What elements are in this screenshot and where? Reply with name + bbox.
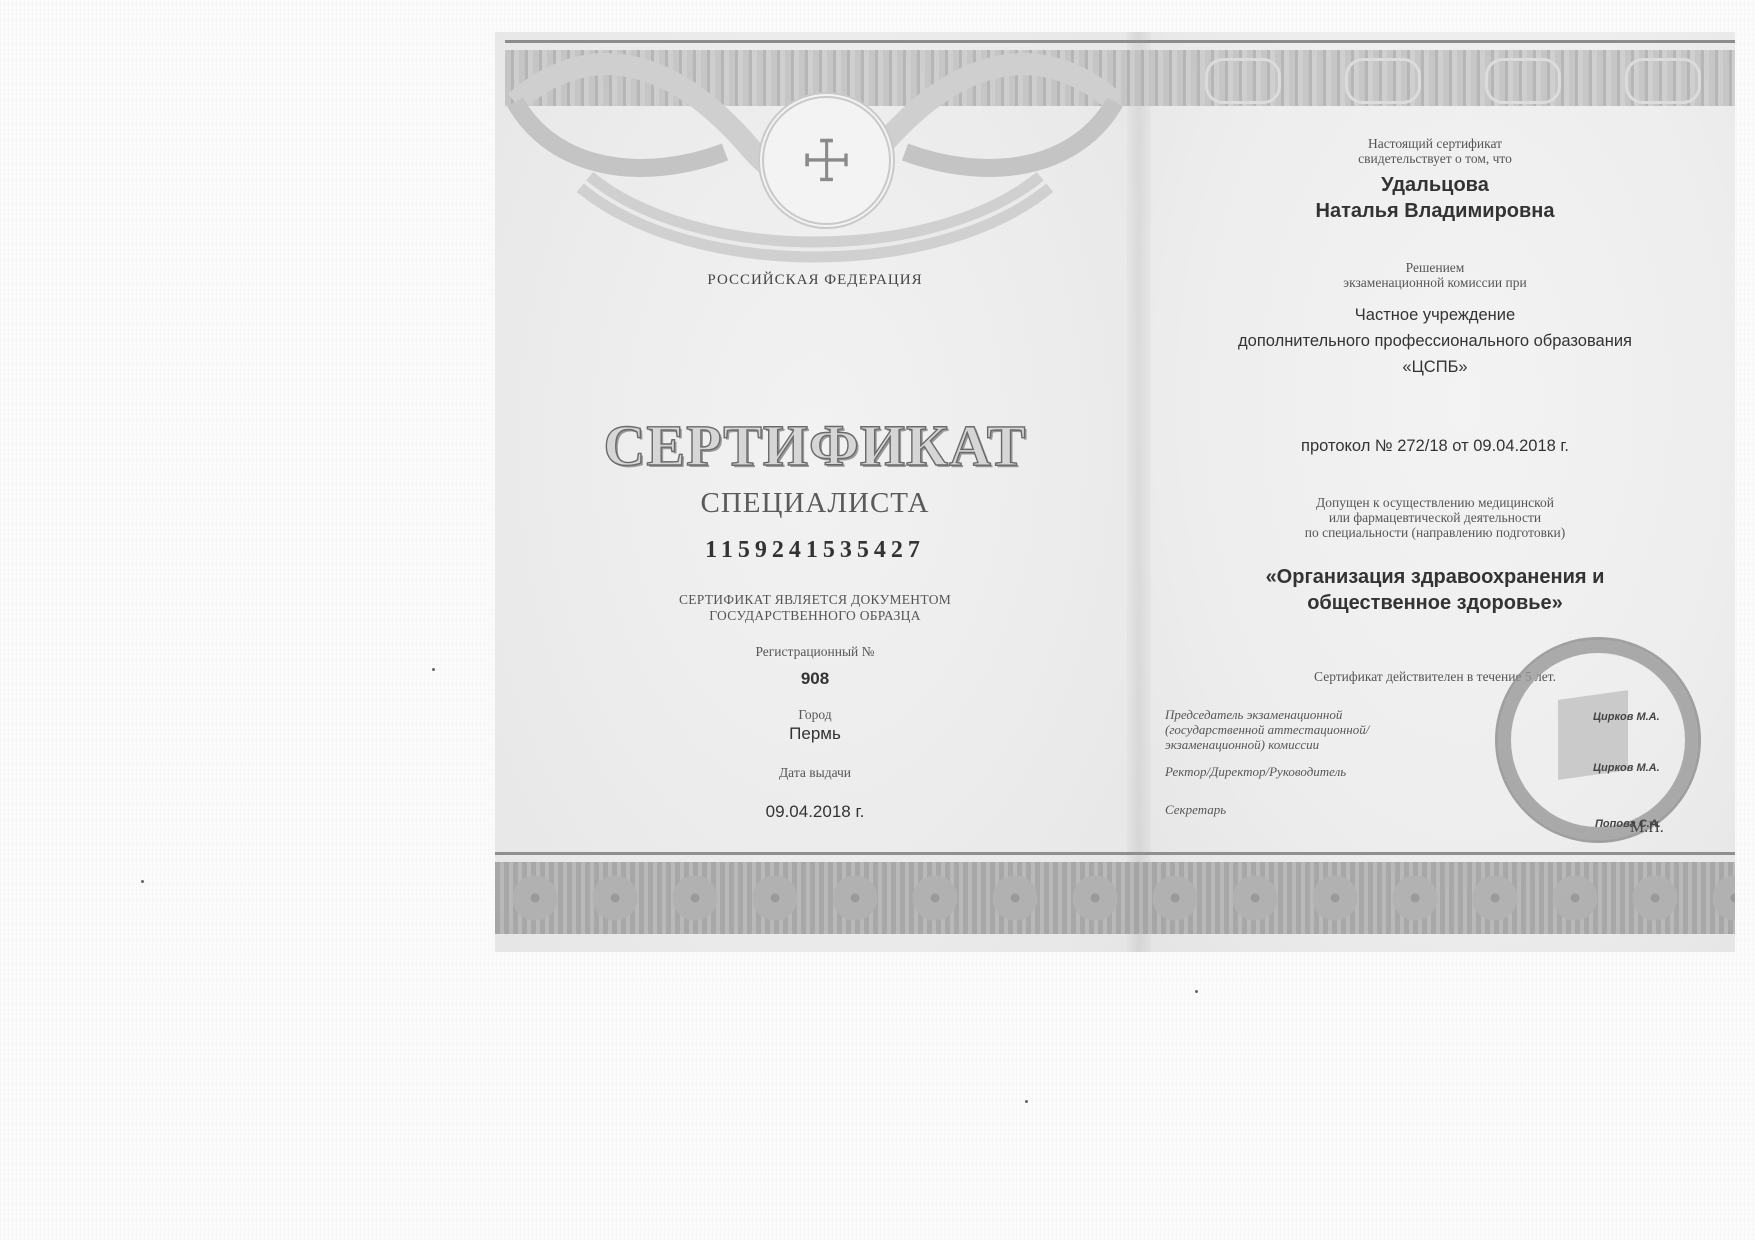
certificate-subtitle: СПЕЦИАЛИСТА — [495, 487, 1135, 520]
decision-line: экзаменационной комиссии при — [1135, 275, 1735, 290]
intro-text: Настоящий сертификат свидетельствует о т… — [1135, 136, 1735, 166]
document-note-line: ГОСУДАРСТВЕННОГО ОБРАЗЦА — [495, 608, 1135, 624]
stamp-place-mark: М.П. — [1630, 819, 1664, 837]
ornament-medallion — [1205, 58, 1281, 104]
issue-date-label: Дата выдачи — [495, 765, 1135, 781]
registration-label: Регистрационный № — [495, 644, 1135, 660]
ornament-medallion — [1485, 58, 1561, 104]
admission-line: или фармацевтической деятельности — [1135, 510, 1735, 525]
registration-number: 908 — [495, 669, 1135, 689]
bottom-border-rule — [495, 852, 1735, 855]
scan-speck — [1195, 990, 1198, 993]
organization-name: Частное учреждение дополнительного профе… — [1135, 302, 1735, 380]
city-value: Пермь — [495, 724, 1135, 744]
scan-speck — [1025, 1100, 1028, 1103]
signature-role-secretary: Секретарь — [1165, 802, 1226, 817]
admission-line: по специальности (направлению подготовки… — [1135, 525, 1735, 540]
city-label: Город — [495, 707, 1135, 723]
organization-line: Частное учреждение — [1135, 302, 1735, 328]
signature-role-director: Ректор/Директор/Руководитель — [1165, 764, 1346, 779]
specialty-line: общественное здоровье» — [1135, 590, 1735, 616]
document-note: СЕРТИФИКАТ ЯВЛЯЕТСЯ ДОКУМЕНТОМ ГОСУДАРСТ… — [495, 592, 1135, 624]
decision-line: Решением — [1135, 260, 1735, 275]
specialty-name: «Организация здравоохранения и обществен… — [1135, 564, 1735, 616]
certificate-title: СЕРТИФИКАТ — [495, 412, 1135, 479]
intro-line: Настоящий сертификат — [1135, 136, 1735, 151]
signature-name-director: Цирков М.А. — [1593, 762, 1660, 774]
decision-text: Решением экзаменационной комиссии при — [1135, 260, 1735, 290]
bottom-ornament-band — [495, 862, 1735, 934]
document-note-line: СЕРТИФИКАТ ЯВЛЯЕТСЯ ДОКУМЕНТОМ — [495, 592, 1135, 608]
role-line: (государственной аттестационной/ — [1165, 722, 1369, 737]
certificate-number: 1159241535427 — [495, 537, 1135, 564]
signature-name-chairman: Цирков М.А. — [1593, 711, 1660, 723]
organization-line: «ЦСПБ» — [1135, 354, 1735, 380]
specialty-line: «Организация здравоохранения и — [1135, 564, 1735, 590]
holder-given-names: Наталья Владимировна — [1135, 198, 1735, 224]
role-line: Председатель экзаменационной — [1165, 707, 1369, 722]
protocol-text: протокол № 272/18 от 09.04.2018 г. — [1135, 437, 1735, 456]
intro-line: свидетельствует о том, что — [1135, 151, 1735, 166]
country-label: РОССИЙСКАЯ ФЕДЕРАЦИЯ — [495, 272, 1135, 289]
scan-speck — [432, 668, 435, 671]
holder-surname: Удальцова — [1135, 172, 1735, 198]
ornament-medallion — [1345, 58, 1421, 104]
admission-line: Допущен к осуществлению медицинской — [1135, 495, 1735, 510]
scan-speck — [141, 880, 144, 883]
seal-stamp — [1495, 637, 1701, 843]
signature-role-chairman: Председатель экзаменационной (государств… — [1165, 707, 1369, 752]
role-line: экзаменационной) комиссии — [1165, 737, 1369, 752]
double-headed-eagle-icon: ☩ — [758, 92, 895, 229]
issue-date-value: 09.04.2018 г. — [495, 802, 1135, 822]
ornament-medallion — [1625, 58, 1701, 104]
admission-text: Допущен к осуществлению медицинской или … — [1135, 495, 1735, 540]
organization-line: дополнительного профессионального образо… — [1135, 328, 1735, 354]
holder-name: Удальцова Наталья Владимировна — [1135, 172, 1735, 224]
certificate-document: ☩ РОССИЙСКАЯ ФЕДЕРАЦИЯ СЕРТИФИКАТ СПЕЦИА… — [495, 32, 1735, 952]
